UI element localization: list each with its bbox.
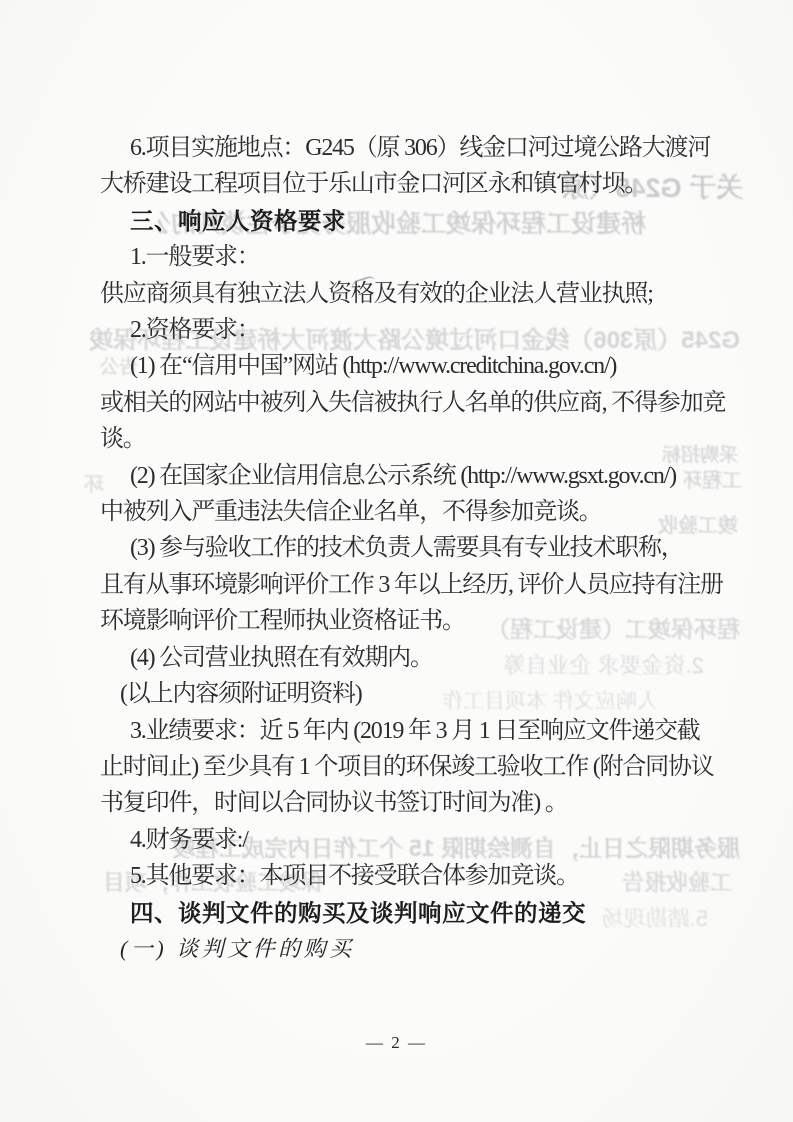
text-line: 中被列入严重违法失信企业名单，不得参加竞谈。: [100, 494, 765, 530]
text-line: (2) 在国家企业信用信息公示系统 (http://www.gsxt.gov.c…: [100, 458, 765, 494]
text-line: 且有从事环境影响评价工作 3 年以上经历, 评价人员应持有注册: [100, 567, 765, 603]
text-line: (3) 参与验收工作的技术负责人需要具有专业技术职称，: [100, 530, 765, 566]
text-line: 3.业绩要求：近 5 年内 (2019 年 3 月 1 日至响应文件递交截: [100, 713, 765, 749]
text-line: 4.财务要求:/: [100, 822, 765, 858]
text-line: 1.一般要求：: [100, 239, 765, 275]
text-line: 谈。: [100, 421, 765, 457]
document-page: 关于 G245（原桥建设工程环保竣工验收服务竞争性谈判的公告G245（原306）…: [0, 0, 793, 1122]
text-line: (4) 公司营业执照在有效期内。: [100, 640, 765, 676]
page-number: — 2 —: [0, 1033, 793, 1053]
text-line: 环境影响评价工程师执业资格证书。: [100, 603, 765, 639]
text-line: 或相关的网站中被列入失信被执行人名单的供应商, 不得参加竞: [100, 385, 765, 421]
text-line: 2.资格要求：: [100, 312, 765, 348]
section-heading: 三、响应人资格要求: [100, 203, 765, 239]
section-heading: 四、谈判文件的购买及谈判响应文件的递交: [100, 895, 765, 931]
text-line: 书复印件，时间以合同协议书签订时间为准) 。: [100, 785, 765, 821]
text-line: (以上内容须附证明资料): [100, 676, 765, 712]
subsection-heading: (一) 谈判文件的购买: [100, 931, 765, 967]
text-line: 5.其他要求：本项目不接受联合体参加竞谈。: [100, 858, 765, 894]
document-body: 6.项目实施地点：G245（原 306）线金口河过境公路大渡河大桥建设工程项目位…: [100, 130, 765, 967]
text-line: 止时间止) 至少具有 1 个项目的环保竣工验收工作 (附合同协议: [100, 749, 765, 785]
text-line: 供应商须具有独立法人资格及有效的企业法人营业执照;: [100, 276, 765, 312]
text-line: 大桥建设工程项目位于乐山市金口河区永和镇官村坝。: [100, 166, 765, 202]
text-line: (1) 在“信用中国”网站 (http://www.creditchina.go…: [100, 348, 765, 384]
text-line: 6.项目实施地点：G245（原 306）线金口河过境公路大渡河: [100, 130, 765, 166]
